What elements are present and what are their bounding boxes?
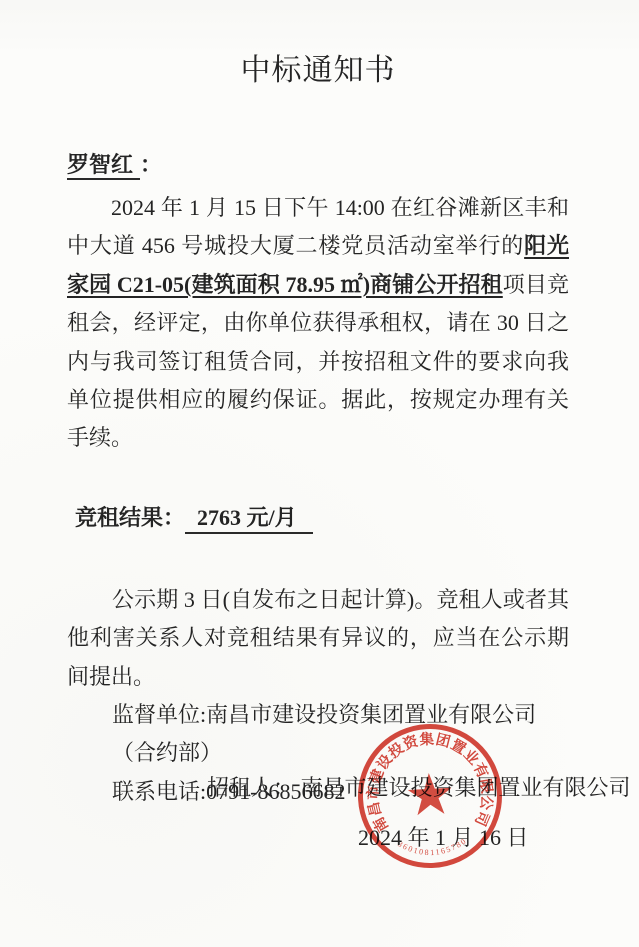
bid-result-line: 竞租结果：2763 元/月 [75,499,569,537]
notice-document-page: 中标通知书 罗智红： 2024 年 1 月 15 日下午 14:00 在红谷滩新… [0,0,639,947]
recipient-line: 罗智红： [67,149,569,180]
bid-result-label: 竞租结果： [75,505,185,530]
main-paragraph-post: 项目竞租会，经评定，由你单位获得承租权，请在 30 日之内与我司签订租赁合同，并… [67,272,569,451]
main-paragraph-pre: 2024 年 1 月 15 日下午 14:00 在红谷滩新区丰和中大道 456 … [67,195,569,258]
recipient-colon: ： [140,152,162,177]
document-title: 中标通知书 [67,50,569,92]
supervisor-line: 监督单位:南昌市建设投资集团置业有限公司（合约部） [67,696,569,773]
lessor-signature-line: 招租人： 南昌市建设投资集团置业有限公司 [207,772,631,803]
signature-date-line: 2024 年 1 月 16 日 [358,822,529,853]
publicity-paragraph: 公示期 3 日(自发布之日起计算)。竞租人或者其他利害关系人对竞租结果有异议的，… [67,581,569,696]
main-paragraph: 2024 年 1 月 15 日下午 14:00 在红谷滩新区丰和中大道 456 … [67,189,569,458]
recipient-name: 罗智红 [67,152,140,180]
bid-result-value: 2763 元/月 [185,505,313,534]
document-content: 中标通知书 罗智红： 2024 年 1 月 15 日下午 14:00 在红谷滩新… [67,0,569,811]
